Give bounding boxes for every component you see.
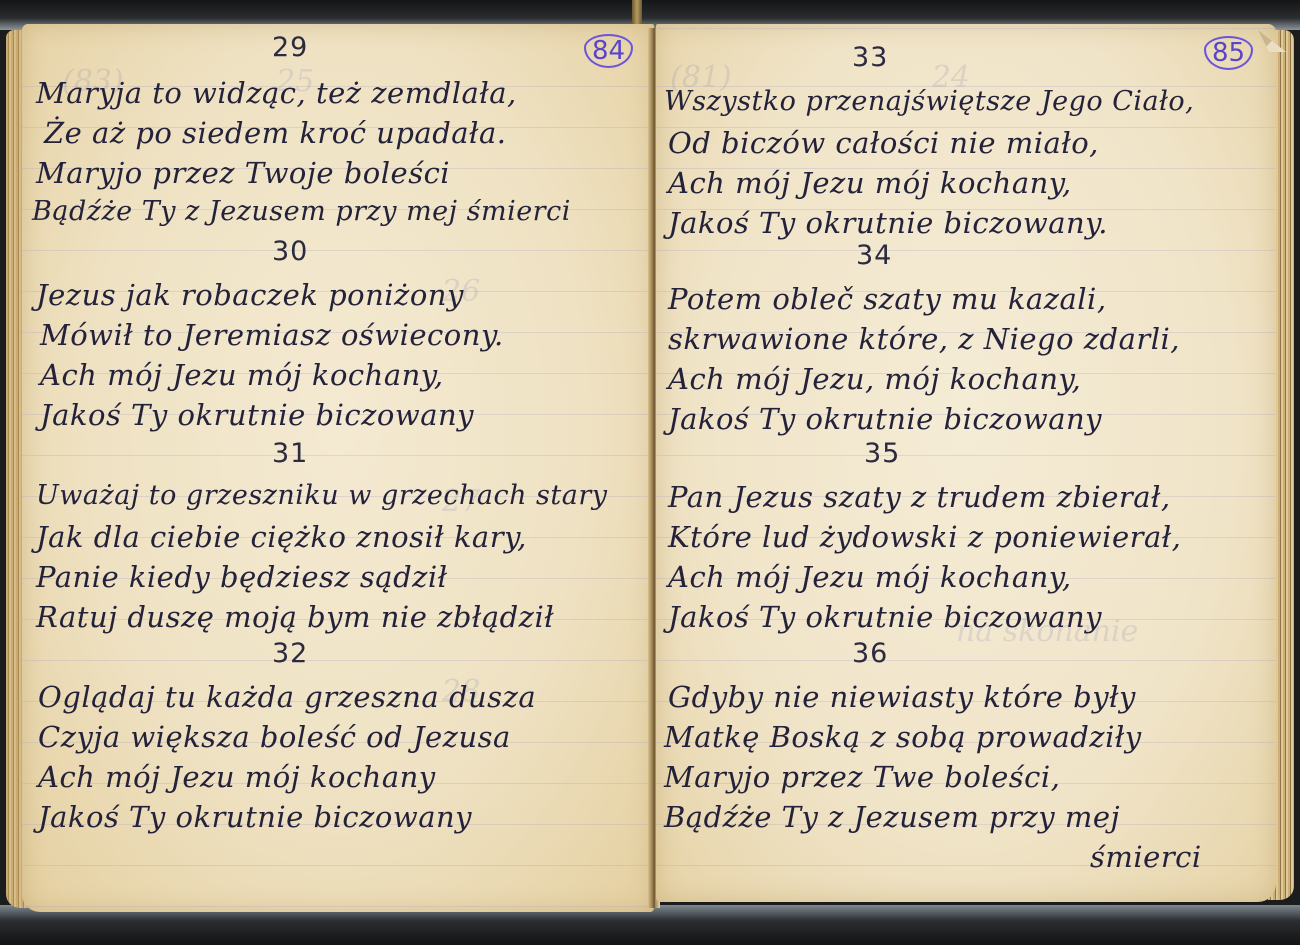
verse-line: Wszystko przenajświętsze Jego Ciało, <box>664 86 1194 117</box>
bookmark-ribbon <box>632 0 642 26</box>
verse-line: Ach mój Jezu, mój kochany, <box>668 362 1081 396</box>
verse-line: Od biczów całości nie miało, <box>668 126 1099 160</box>
verse-line: Ratuj duszę moją bym nie zbłądził <box>36 600 554 634</box>
verse-line: Maryjo przez Twoje boleści <box>36 156 450 190</box>
verse-line: Ach mój Jezu mój kochany, <box>668 560 1072 594</box>
verse-line: Oglądaj tu każda grzeszna dusza <box>38 680 536 714</box>
verse-number: 33 <box>852 42 888 73</box>
verse-line: Jak dla ciebie ciężko znosił kary, <box>36 520 527 554</box>
verse-number: 35 <box>864 438 900 469</box>
verse-number: 30 <box>272 236 308 267</box>
verse-number: 31 <box>272 438 308 469</box>
verse-line: Matkę Boską z sobą prowadziły <box>664 720 1142 754</box>
verse-line: Jakoś Ty okrutnie biczowany <box>38 800 472 834</box>
verse-line: Jakoś Ty okrutnie biczowany <box>40 398 474 432</box>
verse-line: Które lud żydowski z poniewierał, <box>668 520 1181 554</box>
page-number-badge: 85 <box>1204 36 1253 70</box>
right-page: (81) 24 na skonanie 85 33 Wszystko przen… <box>656 24 1276 902</box>
verse-line: Maryjo przez Twe boleści, <box>664 760 1060 794</box>
verse-line: Że aż po siedem kroć upadała. <box>44 116 506 150</box>
verse-line: Ach mój Jezu mój kochany <box>38 760 436 794</box>
verse-line: Jakoś Ty okrutnie biczowany. <box>668 206 1108 240</box>
verse-line: Uważaj to grzeszniku w grzechach stary <box>36 480 608 511</box>
verse-line: śmierci <box>1090 840 1202 874</box>
verse-line: Panie kiedy będziesz sądził <box>36 560 448 594</box>
verse-number: 32 <box>272 638 308 669</box>
verse-line: Maryja to widząc, też zemdlała, <box>36 76 517 110</box>
verse-line: Jakoś Ty okrutnie biczowany <box>668 402 1102 436</box>
verse-line: Gdyby nie niewiasty które były <box>668 680 1136 714</box>
verse-number: 34 <box>856 240 892 271</box>
verse-number: 29 <box>272 32 308 63</box>
left-page: (83) 25 26 27 28 84 29 Maryja to widząc,… <box>22 24 654 912</box>
verse-line: Jezus jak robaczek poniżony <box>36 278 464 312</box>
verse-line: Mówił to Jeremiasz oświecony. <box>40 318 504 352</box>
verse-line: Jakoś Ty okrutnie biczowany <box>668 600 1102 634</box>
verse-line: Ach mój Jezu mój kochany, <box>668 166 1072 200</box>
verse-line: Potem obleč szaty mu kazali, <box>668 282 1107 316</box>
verse-line: Bądźże Ty z Jezusem przy mej <box>664 800 1120 834</box>
verse-number: 36 <box>852 638 888 669</box>
verse-line: Czyja większa boleść od Jezusa <box>38 720 511 754</box>
verse-line: Ach mój Jezu mój kochany, <box>40 358 444 392</box>
verse-line: Pan Jezus szaty z trudem zbierał, <box>668 480 1171 514</box>
verse-line: Bądźże Ty z Jezusem przy mej śmierci <box>32 196 571 227</box>
page-number-badge: 84 <box>584 34 633 68</box>
verse-line: skrwawione które, z Niego zdarli, <box>668 322 1180 356</box>
